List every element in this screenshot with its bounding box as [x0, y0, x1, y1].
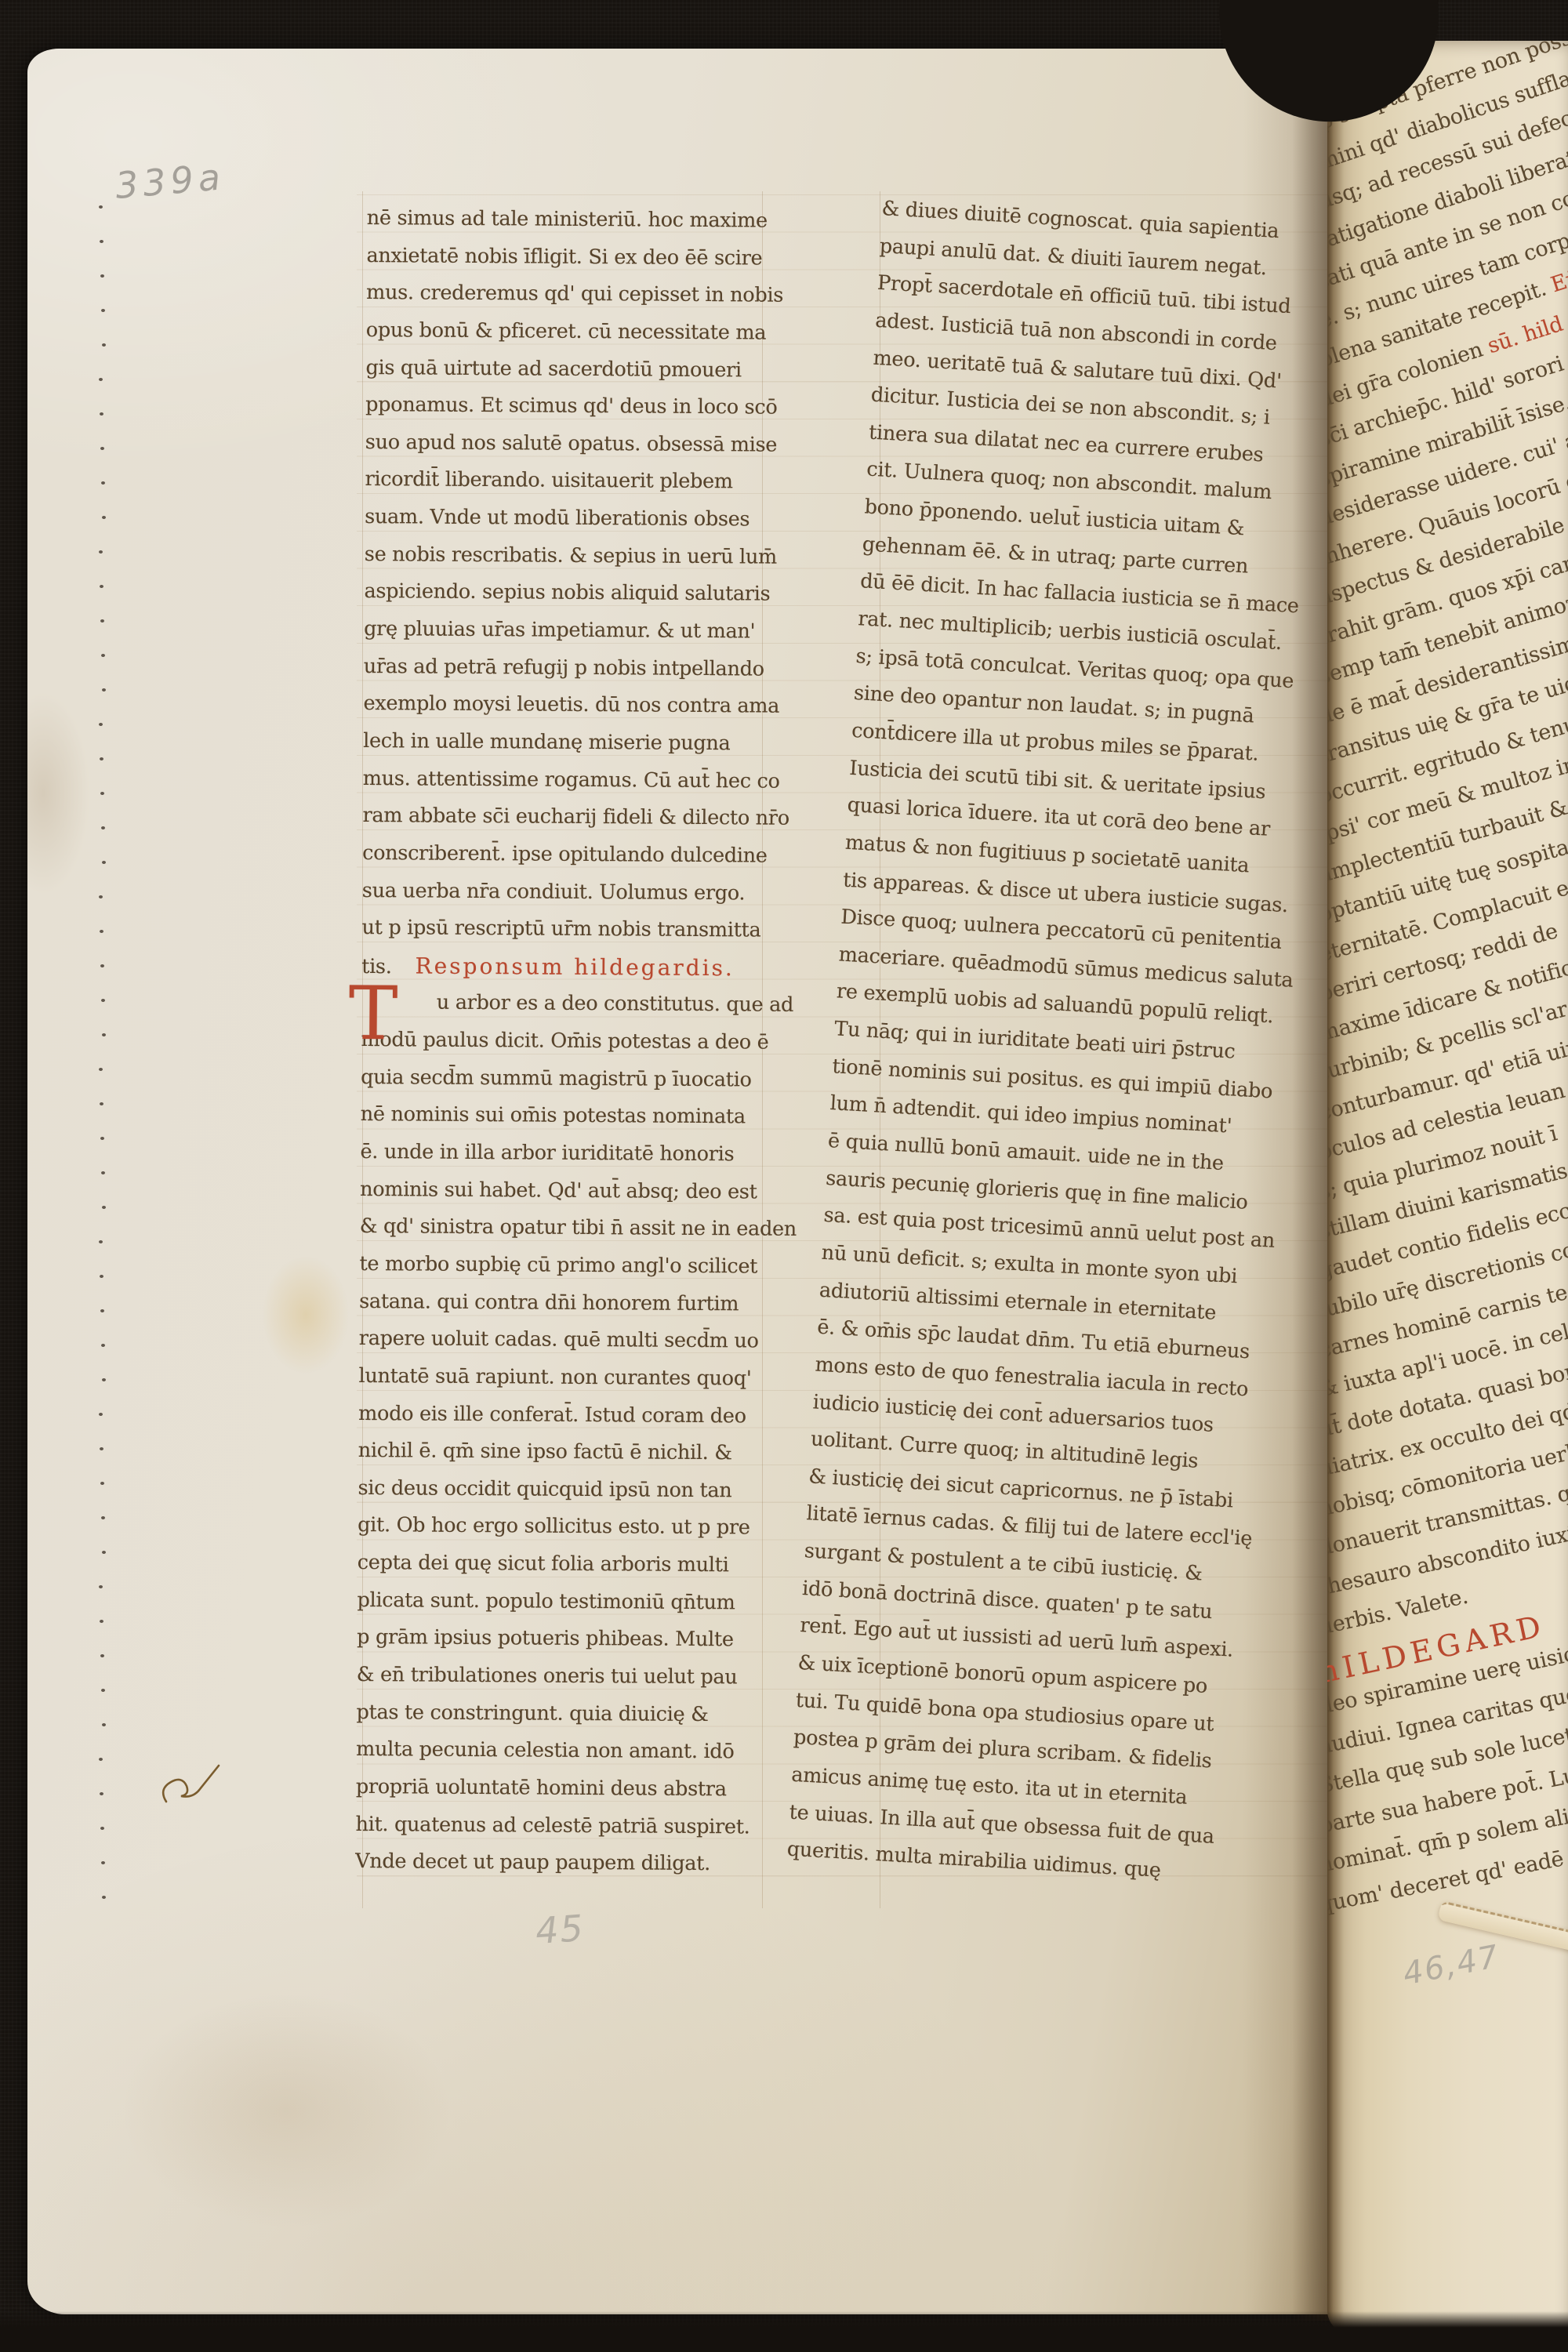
pricking-dot — [101, 1861, 105, 1864]
pricking-dot — [101, 1344, 105, 1347]
parchment-stain — [27, 691, 90, 895]
pricking-dot — [102, 1206, 106, 1209]
pricking-dot — [100, 240, 103, 243]
manuscript-line: nē nominis sui om̄is potestas nominata — [361, 1096, 765, 1136]
manuscript-line: luntatē suā rapiunt. non curantes quoq' — [358, 1358, 763, 1398]
pricking-dot — [100, 1275, 103, 1278]
manuscript-line: tis.Responsum hildegardis. — [361, 947, 766, 987]
pencil-folio-number-bottom: 45 — [534, 1907, 586, 1952]
manuscript-line: multa pecunia celestia non amant. idō — [356, 1731, 760, 1771]
pricking-dot — [100, 1102, 103, 1105]
manuscript-line: quia secd̄m summū magistrū p īuocatio — [361, 1059, 765, 1099]
pricking-dot — [100, 1827, 104, 1830]
pricking-dot — [102, 1723, 106, 1726]
pricking-dot — [101, 1689, 105, 1692]
pricking-dot — [99, 723, 103, 726]
background-bottom-edge — [0, 2311, 1568, 2352]
manuscript-line: cepta dei quę sicut folia arboris multi — [358, 1544, 762, 1584]
manuscript-line: rapere uoluit cadas. quē multi secd̄m uo — [359, 1320, 764, 1360]
manuscript-line: satana. qui contra dn̄i honorem furtim — [359, 1283, 764, 1323]
manuscript-line: & qd' sinistra opatur tibi n̄ assit ne i… — [360, 1208, 764, 1248]
marginal-nota-mark — [155, 1758, 221, 1814]
manuscript-line: anxietatē nobis īfligit. Si ex deo ēē sc… — [366, 238, 771, 278]
pricking-dot — [99, 1240, 103, 1243]
pricking-dot — [102, 861, 106, 864]
pricking-dot — [100, 1482, 104, 1485]
manuscript-line: mus. attentissime rogamus. Cū aut̄ hec c… — [363, 760, 768, 800]
pricking-dot — [100, 792, 104, 795]
manuscript-line: nichil ē. qm̄ sine ipso factū ē nichil. … — [358, 1432, 763, 1472]
pricking-dot — [100, 1654, 104, 1657]
red-rubric-responsum: Responsum hildegardis. — [415, 953, 735, 981]
pricking-dot — [100, 930, 103, 933]
pricking-dot — [101, 999, 105, 1002]
pricking-dot — [100, 1447, 103, 1450]
manuscript-line: nē simus ad tale ministeriū. hoc maxime — [367, 200, 771, 240]
manuscript-line: plicata sunt. populo testimoniū qn̄tum — [357, 1582, 761, 1622]
pricking-dot — [102, 1378, 106, 1381]
manuscript-line: mus. crederemus qd' qui cepisset in nobi… — [366, 274, 771, 314]
manuscript-line: sua uerba nr̄a condiuit. Uolumus ergo. — [362, 873, 767, 913]
pricking-dot — [99, 1068, 103, 1071]
pricking-dot — [100, 1309, 104, 1312]
manuscript-line: ut p ipsū rescriptū ur̄m nobis transmitt… — [361, 909, 766, 949]
pricking-dot — [102, 1896, 106, 1899]
manuscript-line: ptas te constringunt. quia diuicię & — [356, 1694, 760, 1734]
pricking-dot — [100, 619, 104, 622]
pricking-dot — [100, 412, 103, 416]
manuscript-line: u arbor es a deo constitutus. que ad — [361, 984, 766, 1024]
pricking-dot — [102, 1033, 106, 1036]
manuscript-line: suam. Vnde ut modū liberationis obses — [365, 499, 769, 539]
manuscript-line: hit. quatenus ad celestē patriā suspiret… — [355, 1806, 760, 1846]
manuscript-line: Vnde decet ut paup paupem diligat. — [355, 1843, 760, 1883]
manuscript-line: & en̄ tribulationes oneris tui uelut pau — [357, 1657, 761, 1697]
pricking-dot — [99, 550, 103, 554]
manuscript-line: p grām ipsius potueris phibeas. Multe — [357, 1619, 761, 1659]
manuscript-line: sic deus occidit quicquid ipsū non tan — [358, 1470, 762, 1510]
pricking-dot — [100, 447, 104, 450]
manuscript-line: ē. unde in illa arbor iuriditatē honoris — [360, 1134, 764, 1174]
manuscript-line: opus bonū & pficeret. cū necessitate ma — [366, 312, 771, 352]
pricking-dot — [101, 309, 105, 312]
pricking-dot — [102, 516, 106, 519]
pricking-dot — [101, 826, 105, 829]
pricking-dot — [99, 378, 103, 381]
manuscript-line: ram abbate sc̄i eucharij fideli & dilect… — [362, 797, 767, 837]
pricking-dot — [100, 274, 104, 278]
verso-page: 339a T nē simus ad tale ministeriū. hoc … — [27, 49, 1352, 2314]
manuscript-line: propriā uoluntatē homini deus abstra — [356, 1769, 760, 1809]
pricking-dot — [99, 895, 103, 898]
manuscript-line: grę pluuias ur̄as impetiamur. & ut man' — [364, 611, 768, 651]
manuscript-line: gis quā uirtute ad sacerdotiū pmoueri — [365, 350, 770, 390]
pricking-dot — [100, 1137, 104, 1140]
recto-pencil-folio-number: 46,47 — [1400, 1939, 1503, 1993]
pricking-dot — [101, 654, 105, 657]
photograph-of-manuscript: 339a T nē simus ad tale ministeriū. hoc … — [0, 0, 1568, 2352]
pricking-dot — [99, 1585, 103, 1588]
pricking-dot — [100, 757, 103, 760]
pricking-dot — [100, 585, 103, 588]
manuscript-line: conscriberent̄. ipse opitulando dulcedin… — [362, 835, 767, 875]
manuscript-line: pponamus. Et scimus qd' deus in loco scō — [365, 387, 770, 426]
pricking-dot — [101, 1171, 105, 1174]
pricking-dot — [99, 1758, 103, 1761]
manuscript-line: git. Ob hoc ergo sollicitus esto. ut p p… — [358, 1507, 762, 1547]
right-text-column: & diues diuitē cognoscat. quia sapientia… — [786, 191, 1306, 1893]
pricking-dot — [101, 1516, 105, 1519]
manuscript-line: lech in ualle mundanę miserie pugna — [363, 723, 768, 763]
pricking-dot — [99, 1413, 103, 1416]
manuscript-line: te morbo supbię cū primo angl'o scilicet — [359, 1246, 764, 1286]
pricking-dot — [102, 343, 106, 347]
parchment-stain — [122, 1993, 451, 2228]
manuscript-line: exemplo moysi leuetis. dū nos contra ama — [363, 685, 768, 725]
pricking-dot — [100, 964, 104, 967]
pricking-dot — [101, 481, 105, 485]
left-text-column: T nē simus ad tale ministeriū. hoc maxim… — [355, 200, 771, 1883]
red-rubric-fragment: sū. hild — [1485, 311, 1566, 358]
manuscript-line: suo apud nos salutē opatus. obsessā mise — [365, 424, 770, 464]
recto-page-edge: 46,47 p scripta pferre non possimus. s; … — [1327, 41, 1568, 2334]
pricking-dot — [102, 1551, 106, 1554]
manuscript-line: ricordit̄ liberando. uisitauerit plebem — [365, 461, 769, 501]
pricking-dot — [99, 205, 103, 209]
manuscript-line: modū paulus dicit. Om̄is potestas a deo … — [361, 1022, 765, 1062]
pricking-dot — [100, 1620, 103, 1623]
manuscript-line: modo eis ille conferat̄. Istud coram deo — [358, 1395, 763, 1435]
manuscript-line: ur̄as ad petrā refugij p nobis intpellan… — [364, 648, 768, 688]
manuscript-line: se nobis rescribatis. & sepius in uerū l… — [365, 536, 769, 576]
manuscript-line: nominis sui habet. Qd' aut̄ absq; deo es… — [360, 1171, 764, 1211]
manuscript-line: aspiciendo. sepius nobis aliquid salutar… — [364, 573, 768, 613]
pricking-dot — [102, 688, 106, 691]
red-initial-letter: T — [348, 978, 397, 1051]
pricking-dot — [100, 1792, 103, 1795]
pencil-folio-number-top: 339a — [114, 155, 227, 207]
parchment-stain — [263, 1256, 349, 1374]
